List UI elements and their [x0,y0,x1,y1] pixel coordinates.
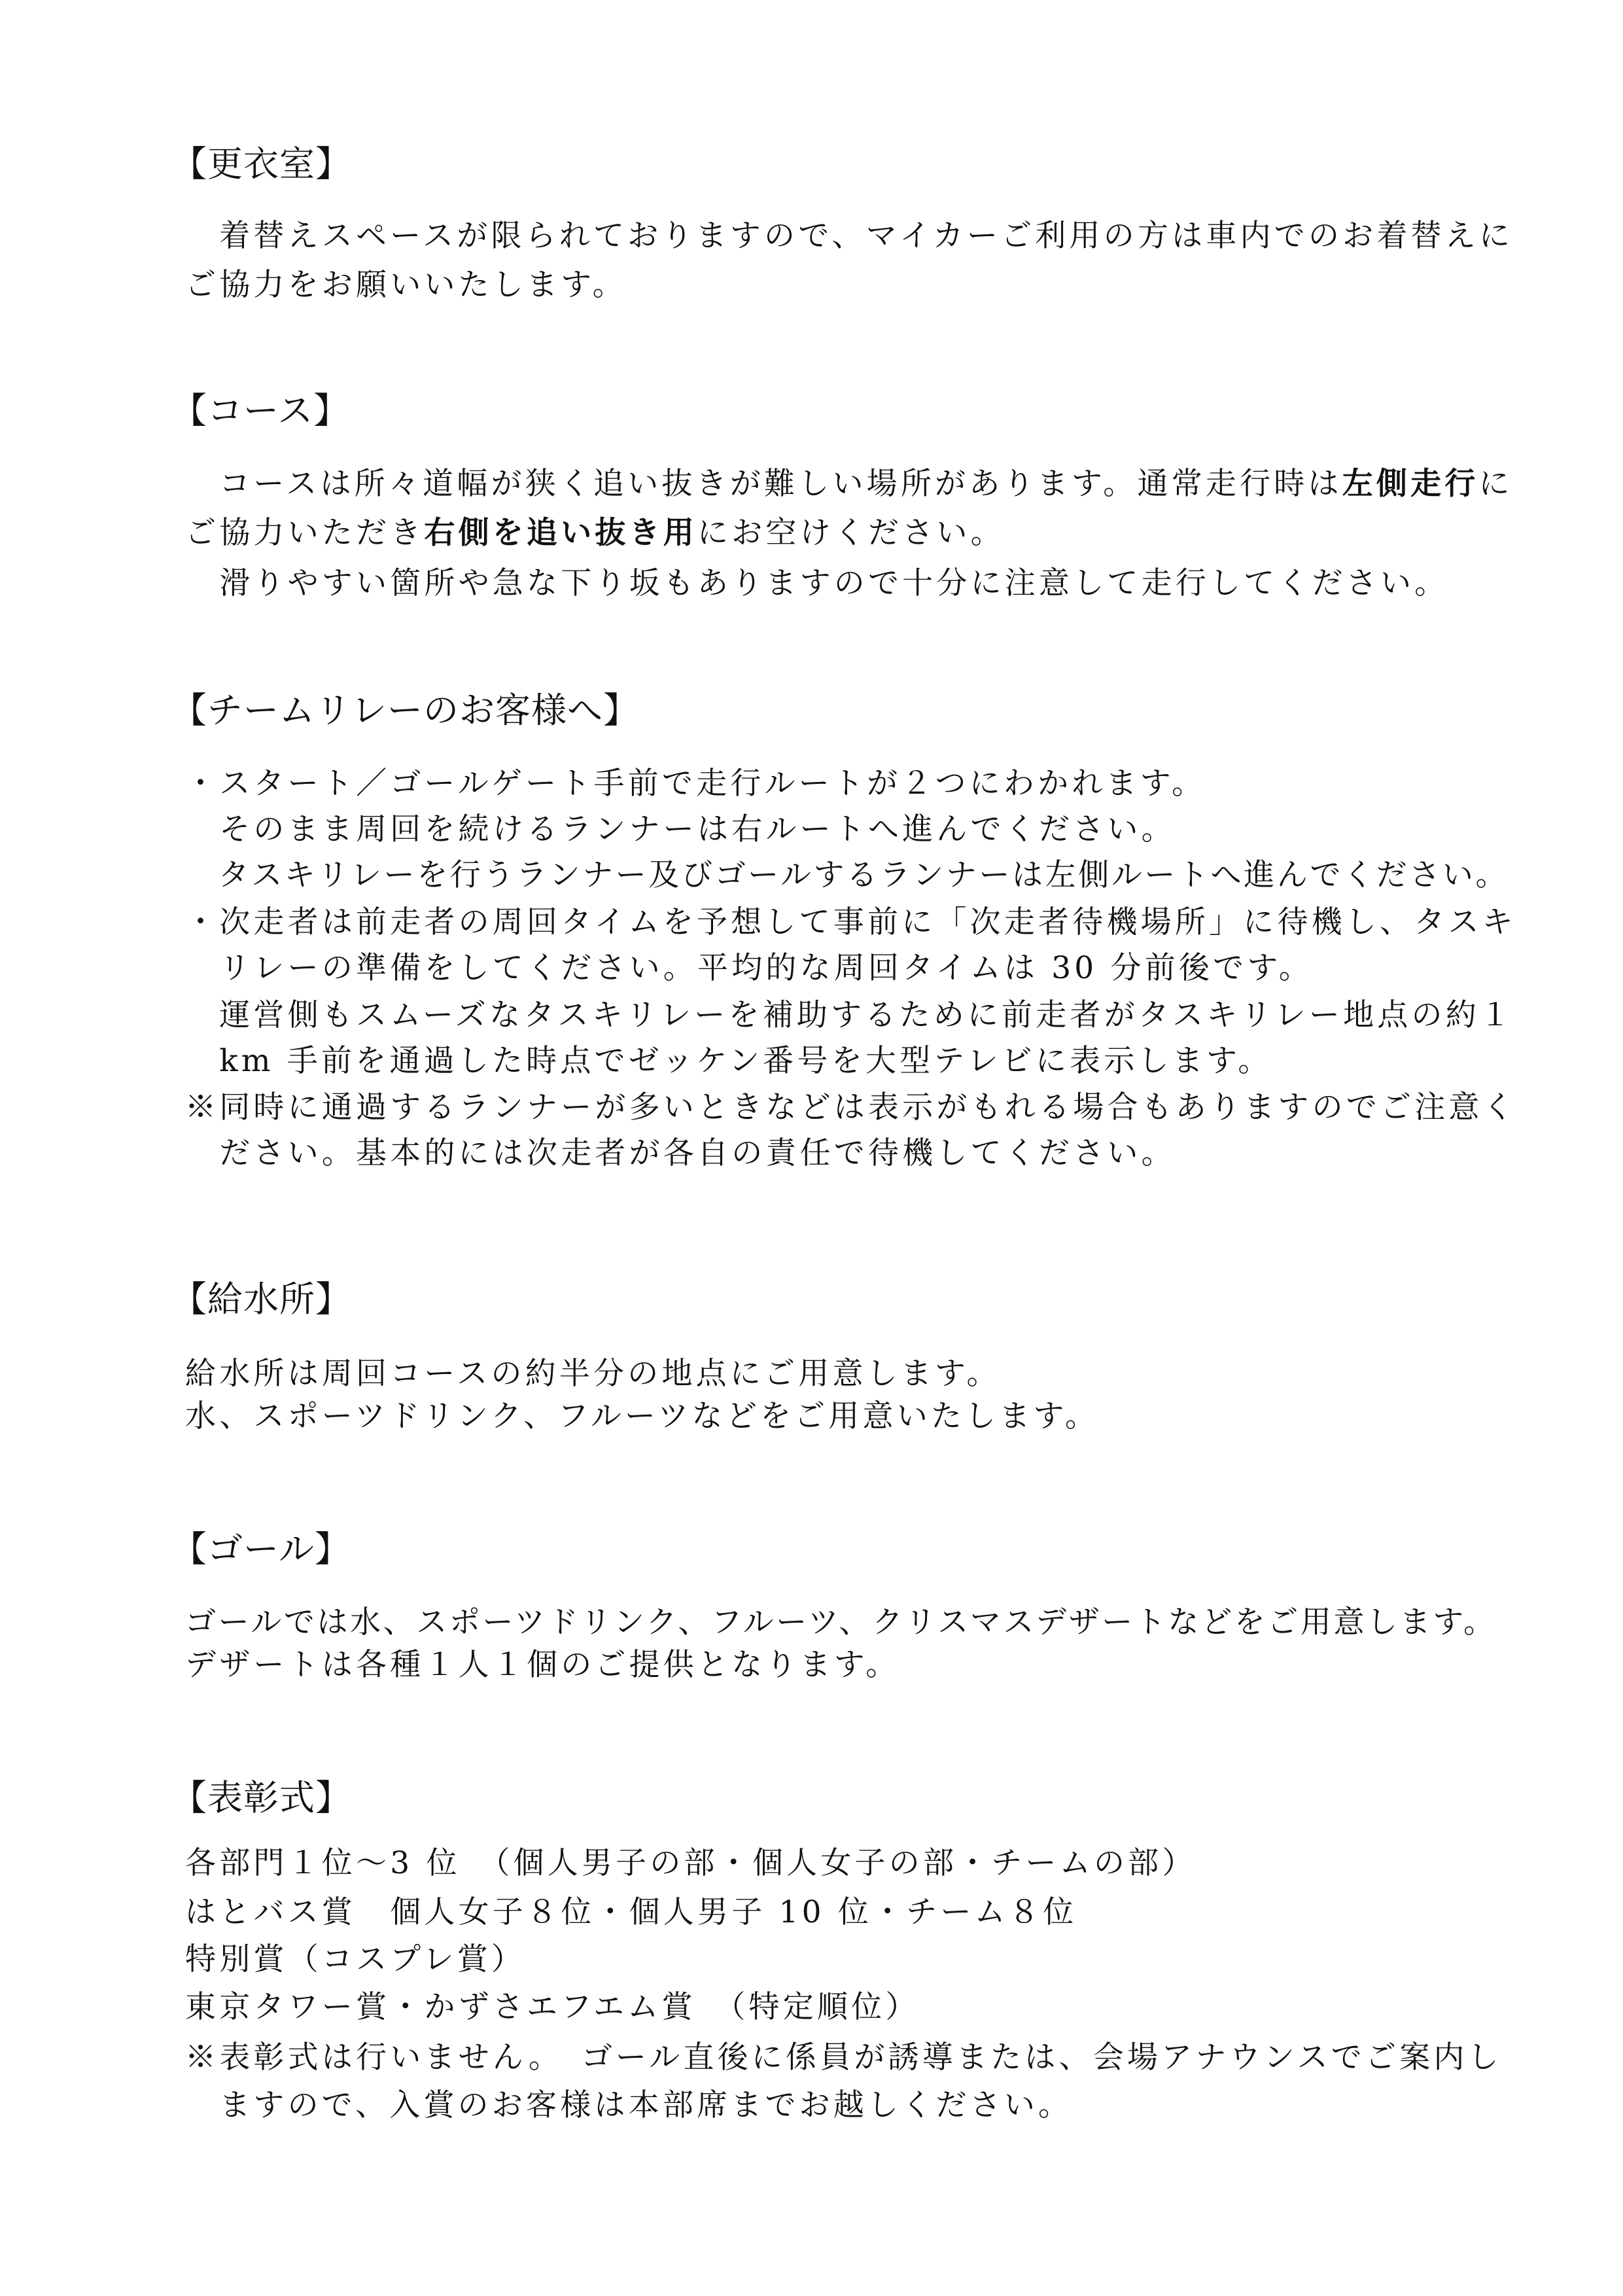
section-heading: 【更衣室】 [171,144,351,185]
line-text: に [1479,466,1513,502]
paragraph-line: ゴールでは水、スポーツドリンク、フルーツ、クリスマスデザートなどをご用意します。 [185,1604,1497,1641]
paragraph-line: 給水所は周回コースの約半分の地点にご用意します。 [185,1356,1001,1392]
paragraph-line: コースは所々道幅が狭く追い抜きが難しい場所があります。通常走行時は左側走行に [185,466,1513,503]
award-line: 東京タワー賞・かずさエフエム賞 （特定順位） [185,1989,920,2026]
paragraph-line: 水、スポーツドリンク、フルーツなどをご用意いたします。 [185,1398,1099,1435]
bullet-line: ・スタート／ゴールゲート手前で走行ルートが２つにわかれます。 [185,766,1206,802]
award-line: 特別賞（コスプレ賞） [185,1941,525,1978]
section-heading: 【コース】 [171,391,349,431]
bullet-line: ・次走者は前走者の周回タイムを予想して事前に「次走者待機場所」に待機し、タスキ [185,904,1516,941]
section-heading: 【ゴール】 [171,1529,351,1570]
note-line: ますので、入賞のお客様は本部席までお越しください。 [185,2087,1072,2124]
paragraph-line: km 手前を通過した時点でゼッケン番号を大型テレビに表示します。 [185,1043,1272,1080]
paragraph-line: タスキリレーを行うランナー及びゴールするランナーは左側ルートへ進んでください。 [185,857,1509,894]
award-line: はとバス賞 個人女子８位・個人男子 10 位・チーム８位 [185,1894,1077,1931]
paragraph-line: 滑りやすい箇所や急な下り坂もありますので十分に注意して走行してください。 [185,565,1448,602]
emphasis-text: 右側を追い抜き用 [424,515,697,551]
paragraph-line: ご協力いただき右側を追い抜き用にお空けください。 [185,515,1005,552]
note-line: ※同時に通過するランナーが多いときなどは表示がもれる場合もありますのでご注意く [185,1089,1517,1126]
paragraph-line: リレーの準備をしてください。平均的な周回タイムは 30 分前後です。 [185,950,1313,987]
note-line: ※表彰式は行いません。 ゴール直後に係員が誘導または、会場アナウンスでご案内し [185,2040,1502,2076]
paragraph-line: 運営側もスムーズなタスキリレーを補助するために前走者がタスキリレー地点の約１ [185,997,1514,1034]
paragraph-line: 着替えスペースが限られておりますので、マイカーご利用の方は車内でのお着替えに [185,218,1513,255]
paragraph-line: ご協力をお願いいたします。 [185,267,627,304]
note-line: ださい。基本的には次走者が各自の責任で待機してください。 [185,1135,1176,1172]
line-text: ご協力いただき [185,515,424,551]
line-text: コースは所々道幅が狭く追い抜きが難しい場所があります。通常走行時は [185,466,1342,502]
document-page: 【更衣室】 着替えスペースが限られておりますので、マイカーご利用の方は車内でのお… [0,0,1623,2296]
paragraph-line: デザートは各種１人１個のご提供となります。 [185,1647,899,1684]
emphasis-text: 左側走行 [1342,466,1479,502]
line-text: にお空けください。 [697,515,1005,551]
section-heading: 【表彰式】 [171,1778,351,1818]
section-heading: 【給水所】 [171,1279,351,1320]
section-heading: 【チームリレーのお客様へ】 [171,690,639,731]
award-line: 各部門１位〜3 位 （個人男子の部・個人女子の部・チームの部） [185,1845,1196,1882]
paragraph-line: そのまま周回を続けるランナーは右ルートへ進んでください。 [185,811,1176,848]
